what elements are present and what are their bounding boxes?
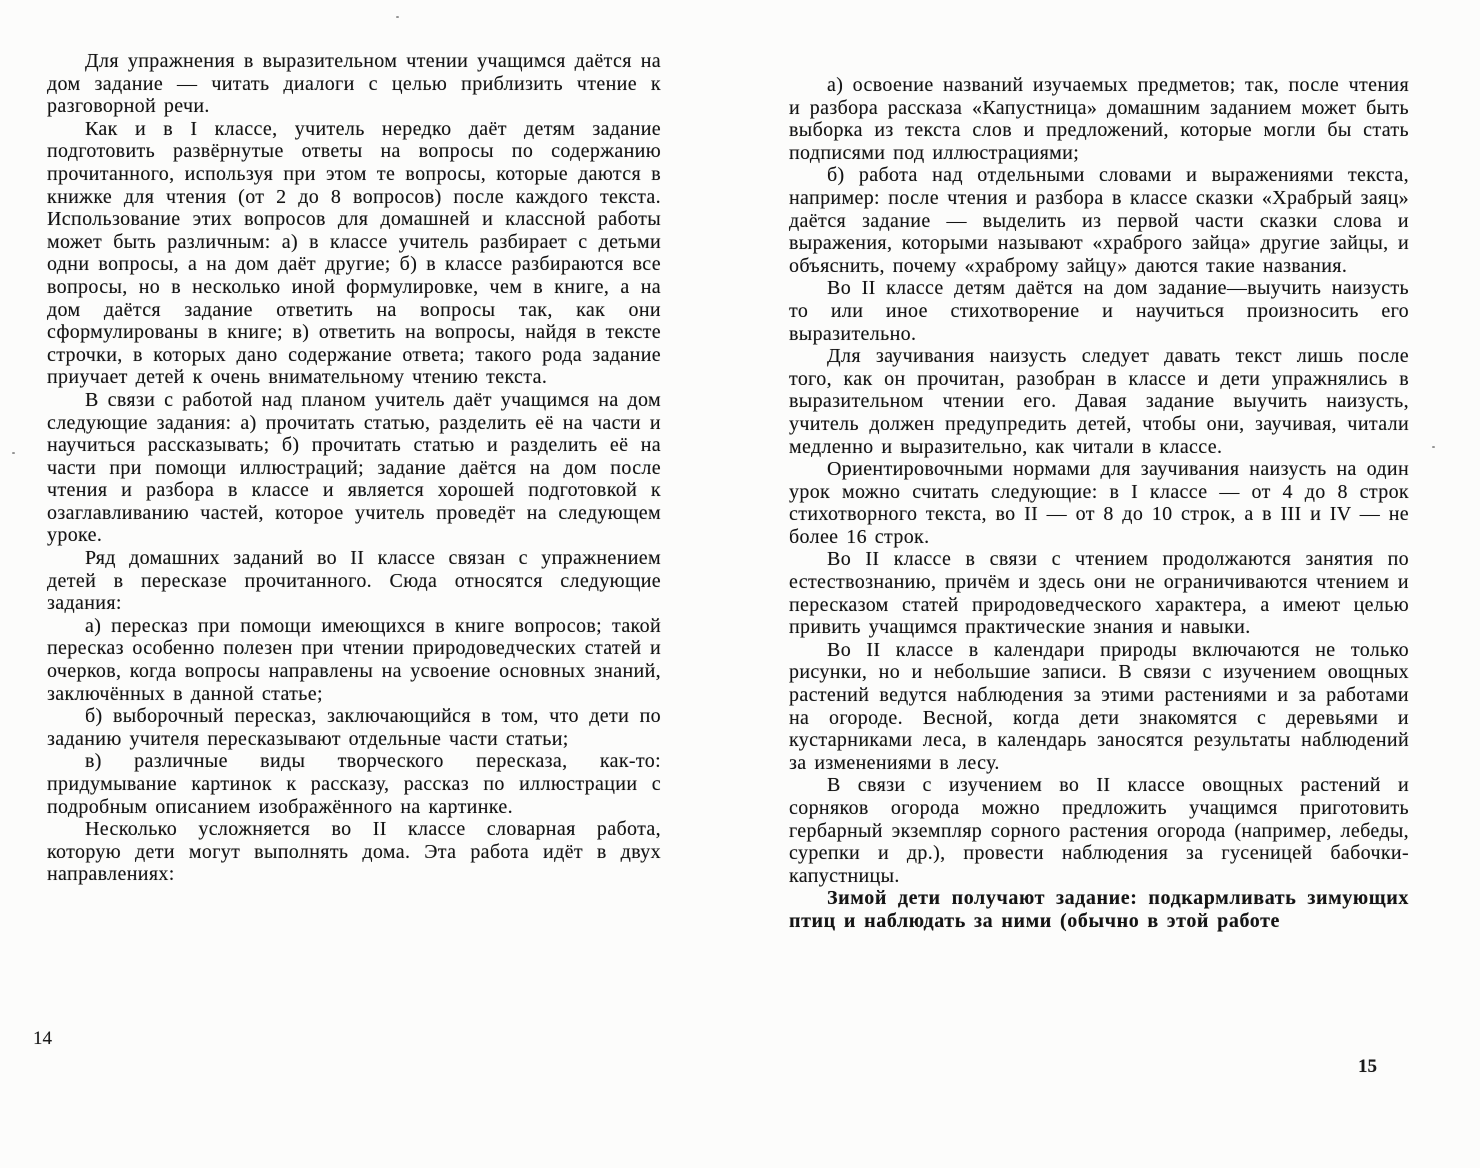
paragraph: Несколько усложняется во II классе слова… xyxy=(47,818,661,886)
paragraph: В связи с изучением во II классе овощных… xyxy=(789,774,1409,887)
paragraph: б) выборочный пересказ, заключающийся в … xyxy=(47,705,661,750)
paragraph: Во II классе в календари природы включаю… xyxy=(789,639,1409,775)
paragraph: Для упражнения в выразительном чтении уч… xyxy=(47,50,661,118)
left-page-text: Для упражнения в выразительном чтении уч… xyxy=(47,50,661,886)
paragraph: Зимой дети получают задание: подкармлива… xyxy=(789,887,1409,932)
paragraph: Во II классе детям даётся на дом задание… xyxy=(789,277,1409,345)
paragraph: Ряд домашних заданий во II классе связан… xyxy=(47,547,661,615)
paragraph: Для заучивания наизусть следует давать т… xyxy=(789,345,1409,458)
paragraph: Ориентировочными нормами для заучивания … xyxy=(789,458,1409,548)
paragraph: а) пересказ при помощи имеющихся в книге… xyxy=(47,615,661,705)
scan-speck xyxy=(12,452,15,454)
paragraph: Во II классе в связи с чтением продолжаю… xyxy=(789,548,1409,638)
paragraph: б) работа над отдельными словами и выраж… xyxy=(789,164,1409,277)
paragraph: а) освоение названий изучаемых предметов… xyxy=(789,74,1409,164)
paragraph: Как и в I классе, учитель нередко даёт д… xyxy=(47,118,661,389)
paragraph: В связи с работой над планом учитель даё… xyxy=(47,389,661,547)
right-page-text: а) освоение названий изучаемых предметов… xyxy=(789,74,1409,933)
page-number-right: 15 xyxy=(1358,1056,1377,1078)
scan-speck xyxy=(396,16,399,18)
scan-speck xyxy=(1432,446,1435,448)
book-spread: Для упражнения в выразительном чтении уч… xyxy=(0,0,1480,1168)
paragraph: в) различные виды творческого пересказа,… xyxy=(47,750,661,818)
page-number-left: 14 xyxy=(33,1028,52,1050)
